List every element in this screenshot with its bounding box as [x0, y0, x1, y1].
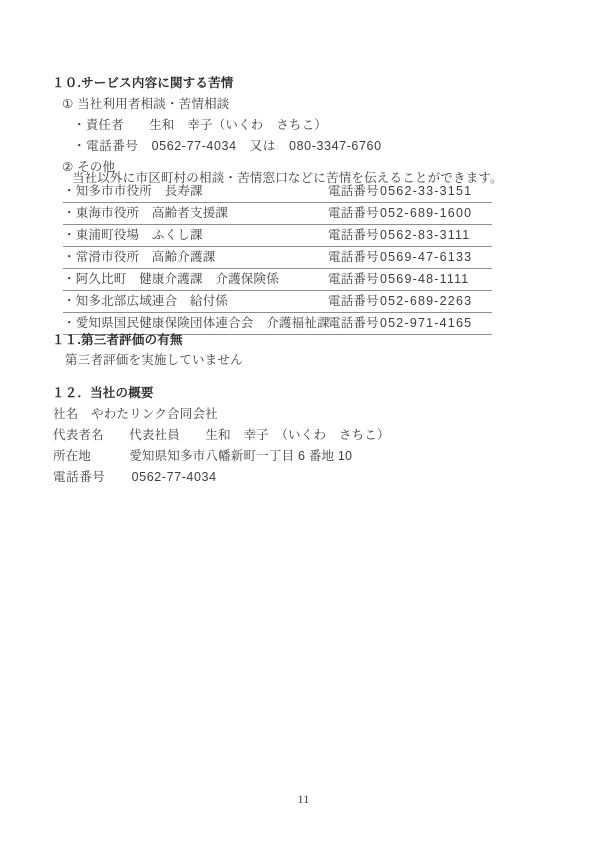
contact-name: ・東浦町役場 ふくし課	[63, 225, 203, 245]
contact-row: ・知多北部広域連合 給付係 電話番号 052-689-2263	[63, 291, 492, 313]
tel-number: 052-689-2263	[380, 291, 472, 311]
section10-phone-line: ・電話番号 0562-77-4034 又は 080-3347-6760	[73, 136, 382, 157]
contact-row: ・東浦町役場 ふくし課 電話番号 0562-83-3111	[63, 225, 492, 247]
section10-item1-label: ① 当社利用者相談・苦情相談	[62, 94, 229, 115]
tel-label: 電話番号	[328, 291, 379, 311]
tel-number: 0569-48-1111	[380, 269, 469, 289]
municipal-contact-list: ・知多市市役所 長寿課 電話番号 0562-33-3151 ・東海市役所 高齢者…	[63, 181, 492, 335]
page-number: 11	[0, 791, 607, 807]
tel-label: 電話番号	[328, 181, 379, 201]
tel-label: 電話番号	[328, 313, 379, 333]
section11-heading: １１.第三者評価の有無	[52, 330, 183, 351]
company-phone-line: 電話番号 0562-77-4034	[53, 467, 217, 488]
tel-label: 電話番号	[328, 269, 379, 289]
contact-row: ・常滑市役所 高齢介護課 電話番号 0569-47-6133	[63, 247, 492, 269]
contact-name: ・東海市役所 高齢者支援課	[63, 203, 228, 223]
address-line: 所在地 愛知県知多市八幡新町一丁目 6 番地 10	[53, 446, 352, 467]
contact-row: ・阿久比町 健康介護課 介護保険係 電話番号 0569-48-1111	[63, 269, 492, 291]
section11-body: 第三者評価を実施していません	[65, 350, 243, 371]
contact-name: ・阿久比町 健康介護課 介護保険係	[63, 269, 279, 289]
company-name-line: 社名 やわたリンク合同会社	[53, 404, 218, 425]
tel-label: 電話番号	[328, 225, 379, 245]
tel-number: 052-971-4165	[380, 313, 472, 333]
tel-number: 052-689-1600	[380, 203, 472, 223]
tel-label: 電話番号	[328, 247, 379, 267]
representative-line: 代表者名 代表社員 生和 幸子 （いくわ さちこ）	[53, 425, 390, 446]
contact-row: ・東海市役所 高齢者支援課 電話番号 052-689-1600	[63, 203, 492, 225]
contact-name: ・知多市市役所 長寿課	[63, 181, 203, 201]
tel-number: 0562-83-3111	[380, 225, 470, 245]
section12-heading: １２．当社の概要	[52, 383, 154, 404]
contact-name: ・常滑市役所 高齢介護課	[63, 247, 215, 267]
document-page: １０.サービス内容に関する苦情 ① 当社利用者相談・苦情相談 ・責任者 生和 幸…	[0, 0, 607, 860]
contact-name: ・知多北部広域連合 給付係	[63, 291, 228, 311]
contact-row: ・知多市市役所 長寿課 電話番号 0562-33-3151	[63, 181, 492, 203]
tel-number: 0569-47-6133	[380, 247, 472, 267]
tel-number: 0562-33-3151	[380, 181, 472, 201]
tel-label: 電話番号	[328, 203, 379, 223]
section10-manager-line: ・責任者 生和 幸子（いくわ さちこ）	[73, 115, 327, 136]
section10-heading: １０.サービス内容に関する苦情	[52, 73, 233, 94]
